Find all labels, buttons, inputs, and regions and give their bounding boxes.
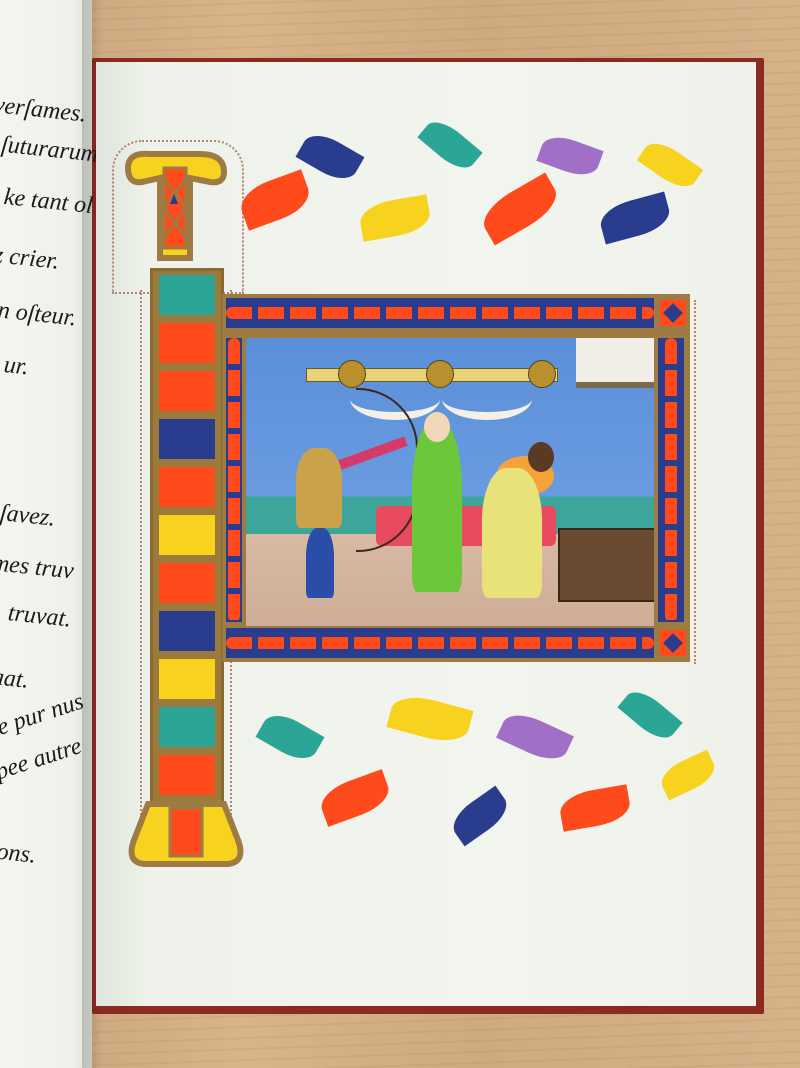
initial-letter-top (120, 148, 230, 268)
verse-line: un oſteur. (0, 296, 78, 332)
verse-line: ſavez. (0, 500, 56, 533)
stem-panel (159, 707, 215, 747)
stem-panel (159, 755, 215, 795)
verse-line: n ur. (0, 350, 30, 381)
verse-line: truvat. (7, 600, 73, 633)
verse-line: mes truv (0, 550, 75, 585)
verse-line: aat. (0, 664, 30, 695)
drape (442, 378, 532, 420)
stem-panel (159, 563, 215, 603)
frame-band-top (226, 298, 654, 328)
miniature-scene (246, 338, 654, 626)
verse-line: z crier. (0, 242, 60, 276)
frame-band-bottom (226, 628, 654, 658)
initial-letter-foot (118, 800, 254, 870)
archer-figure (296, 448, 342, 528)
stem-panel (159, 323, 215, 363)
stem-panel (159, 515, 215, 555)
verse-line: lpee autre (0, 733, 85, 788)
woman-green-gown (412, 422, 462, 592)
stem-panel (159, 371, 215, 411)
wooden-chest (558, 528, 654, 602)
verse-line: verſames. (0, 92, 88, 129)
archer-legs (306, 528, 334, 598)
frame-corner (660, 300, 686, 326)
stem-panel (159, 611, 215, 651)
initial-letter-stem (150, 268, 224, 834)
left-page: verſames. s ſuturarum n ke tant ol z cri… (0, 0, 92, 1068)
stem-panel (159, 419, 215, 459)
frame-band-right (658, 338, 684, 622)
verse-line: n ke tant ol (0, 182, 94, 220)
stem-panel (159, 659, 215, 699)
stem-panel (159, 467, 215, 507)
rosette (528, 360, 556, 388)
window-curtain (576, 338, 654, 388)
verse-line: lons. (0, 838, 37, 870)
hair (528, 442, 554, 472)
dotted-outline (694, 300, 696, 664)
frame-band-left (226, 338, 242, 622)
face (424, 412, 450, 442)
stem-panel (159, 275, 215, 315)
woman-yellow-gown (482, 468, 542, 598)
frame-corner (660, 630, 686, 656)
